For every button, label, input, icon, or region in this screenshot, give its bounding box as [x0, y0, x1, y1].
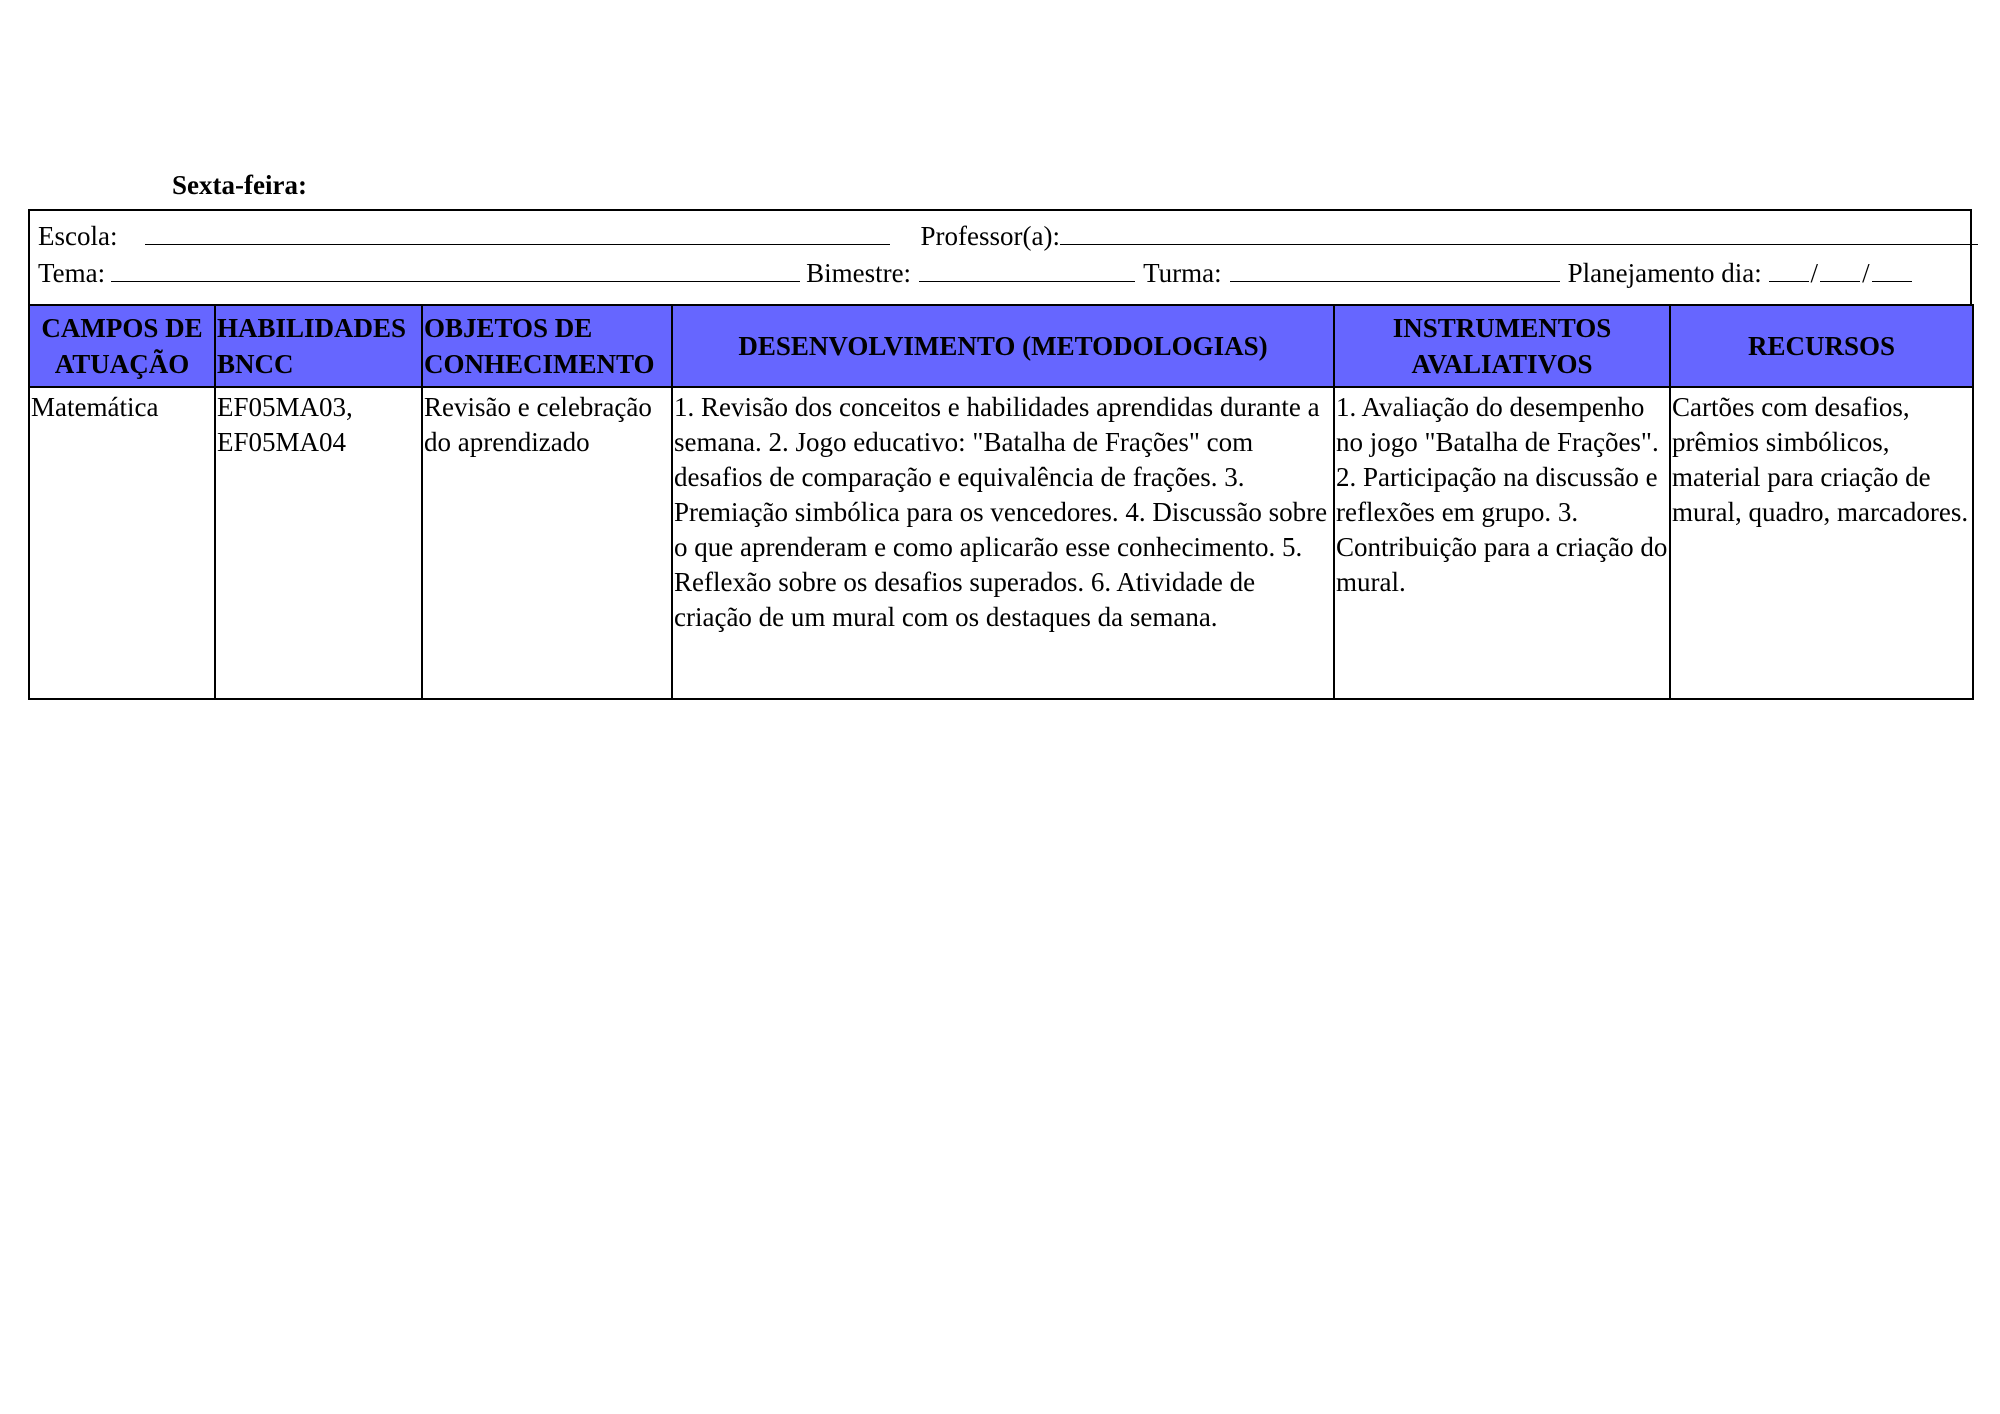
- cell-desenvolvimento: 1. Revisão dos conceitos e habilidades a…: [672, 387, 1334, 699]
- date-year-field[interactable]: [1872, 257, 1912, 282]
- column-header-recursos: RECURSOS: [1670, 305, 1973, 387]
- turma-field[interactable]: [1230, 257, 1560, 282]
- header-line-school: Escola:Professor(a):: [38, 219, 1978, 253]
- date-separator: /: [1862, 256, 1870, 290]
- tema-label: Tema:: [38, 258, 105, 288]
- professor-label: Professor(a):: [920, 221, 1059, 251]
- objetos-text: Revisão e celebração do aprendizado: [424, 390, 670, 460]
- instrumentos-text: 1. Avaliação do desempenho no jogo "Bata…: [1336, 390, 1668, 600]
- column-header-desenvolvimento: DESENVOLVIMENTO (METODOLOGIAS): [672, 305, 1334, 387]
- tema-field[interactable]: [111, 257, 800, 282]
- column-header-habilidades: HABILIDADES BNCC: [215, 305, 422, 387]
- cell-instrumentos: 1. Avaliação do desempenho no jogo "Bata…: [1334, 387, 1670, 699]
- column-header-objetos: OBJETOS DE CONHECIMENTO: [422, 305, 672, 387]
- cell-objetos: Revisão e celebração do aprendizado: [422, 387, 672, 699]
- habilidades-text: EF05MA03, EF05MA04: [217, 390, 420, 460]
- cell-recursos: Cartões com desafios, prêmios simbólicos…: [1670, 387, 1973, 699]
- header-line-details: Tema:Bimestre:Turma:Planejamento dia: //: [38, 256, 1912, 290]
- campos-text: Matemática: [31, 390, 213, 425]
- planejamento-label: Planejamento dia:: [1568, 258, 1762, 288]
- cell-habilidades: EF05MA03, EF05MA04: [215, 387, 422, 699]
- bimestre-field[interactable]: [919, 257, 1135, 282]
- column-header-instrumentos: INSTRUMENTOS AVALIATIVOS: [1334, 305, 1670, 387]
- cell-campos: Matemática: [29, 387, 215, 699]
- table-header-row: CAMPOS DE ATUAÇÃO HABILIDADES BNCC OBJET…: [29, 305, 1973, 387]
- day-title: Sexta-feira:: [172, 168, 307, 202]
- desenvolvimento-text: 1. Revisão dos conceitos e habilidades a…: [674, 390, 1332, 635]
- lesson-plan-table: CAMPOS DE ATUAÇÃO HABILIDADES BNCC OBJET…: [28, 304, 1974, 700]
- recursos-text: Cartões com desafios, prêmios simbólicos…: [1672, 390, 1971, 530]
- date-day-field[interactable]: [1769, 257, 1809, 282]
- professor-field[interactable]: [1060, 220, 1978, 245]
- column-header-campos: CAMPOS DE ATUAÇÃO: [29, 305, 215, 387]
- escola-field[interactable]: [145, 220, 890, 245]
- turma-label: Turma:: [1143, 258, 1222, 288]
- date-month-field[interactable]: [1820, 257, 1860, 282]
- bimestre-label: Bimestre:: [806, 258, 911, 288]
- table-row: Matemática EF05MA03, EF05MA04 Revisão e …: [29, 387, 1973, 699]
- date-separator: /: [1811, 256, 1819, 290]
- escola-label: Escola:: [38, 221, 117, 251]
